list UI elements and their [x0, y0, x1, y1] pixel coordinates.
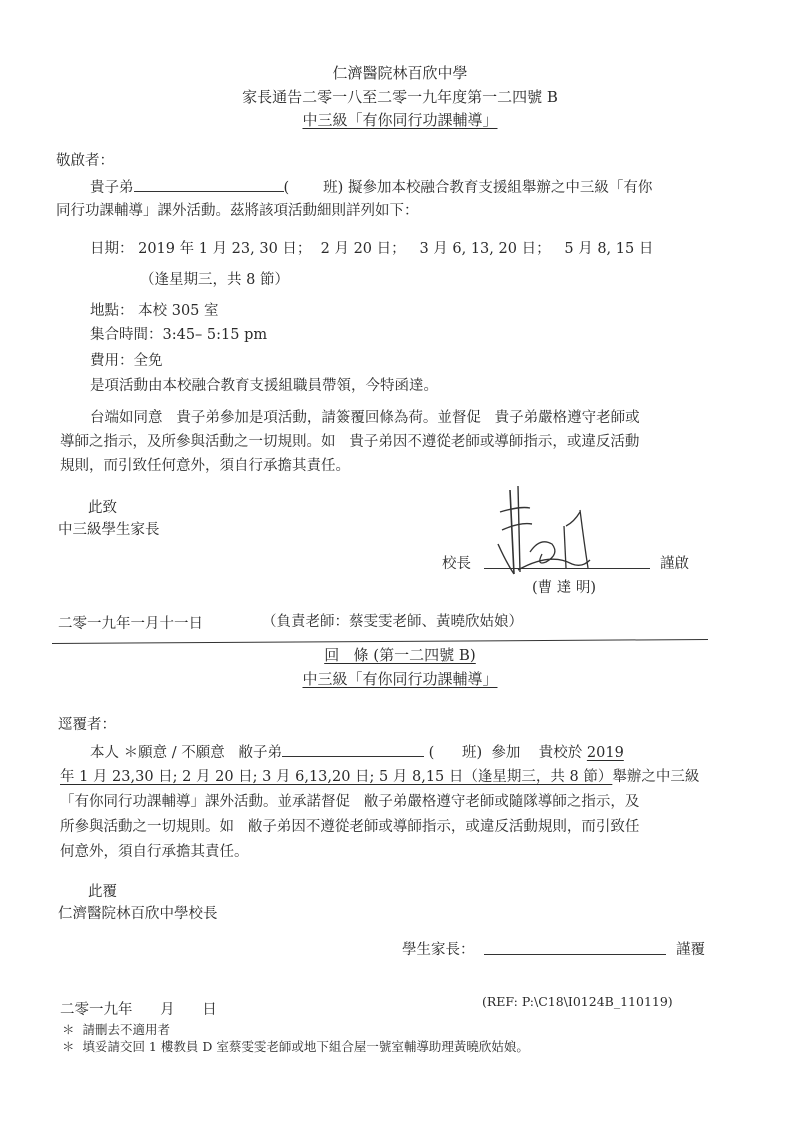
salutation: 敬啟者： — [56, 149, 114, 170]
reply-title-text: 回 條 (第一二四號 B) — [324, 646, 476, 664]
reply-title: 回 條 (第一二四號 B) — [0, 644, 800, 665]
reply-dates: 年 1 月 23,30 日; 2 月 20 日; 3 月 6,13,20 日; … — [60, 769, 612, 785]
responsible-teachers: （負責老師：蔡雯雯老師、黃曉欣姑娘） — [262, 610, 523, 631]
fee-row: 費用：全免 — [90, 349, 163, 370]
fee-label: 費用： — [90, 353, 134, 369]
reply-willing-option: 本人 ＊願意 / 不願意 敝子弟 — [90, 745, 282, 761]
reply-line-1: 本人 ＊願意 / 不願意 敝子弟 ( 班) 參加 貴校於 2019 — [90, 741, 624, 762]
reply-programme: 中三級「有你同行功課輔導」 — [0, 668, 800, 689]
closing-1: 此致 — [88, 496, 117, 517]
notice-date: 二零一九年一月十一日 — [58, 612, 203, 633]
notice-number: 家長通告二零一八至二零一九年度第一二四號 B — [0, 86, 800, 107]
time-label: 集合時間： — [90, 327, 163, 343]
reference-code: (REF: P:\C18\I0124B_110119) — [482, 994, 673, 1009]
programme-title: 中三級「有你同行功課輔導」 — [0, 109, 800, 130]
reply-salutation: 逕覆者： — [58, 713, 116, 734]
student-name-blank — [134, 177, 284, 192]
time-value: 3:45– 5:15 pm — [163, 327, 268, 343]
principal-label: 校長 — [442, 552, 471, 573]
led-by-text: 是項活動由本校融合教育支援組職員帶領，今特函達。 — [90, 374, 438, 395]
parent-signature-suffix: 謹覆 — [676, 938, 705, 959]
note-return-instructions: ＊ 填妥請交回 1 樓教員 D 室蔡雯雯老師或地下組合屋一號室輔導助理黃曉欣姑娘… — [62, 1037, 529, 1055]
reply-line-4: 所參與活動之一切規則。如 敝子弟因不遵從老師或導師指示，或違反活動規則，而引致任 — [60, 815, 639, 836]
consent-line-2: 導師之指示，及所參與活動之一切規則。如 貴子弟因不遵從老師或導師指示，或違反活動 — [60, 430, 639, 451]
parent-signature-label: 學生家長： — [402, 938, 475, 959]
intro-line-2: 同行功課輔導」課外活動。茲將該項活動細則詳列如下： — [56, 199, 419, 220]
principal-suffix: 謹啟 — [660, 552, 689, 573]
time-row: 集合時間：3:45– 5:15 pm — [90, 323, 267, 344]
reply-date: 二零一九年 月 日 — [60, 998, 217, 1019]
principal-name: (曹 達 明) — [532, 576, 596, 597]
date-label: 日期： — [90, 241, 134, 257]
date-row: 日期： 2019 年 1 月 23, 30 日； 2 月 20 日； 3 月 6… — [90, 237, 653, 258]
school-name: 仁濟醫院林百欣中學 — [0, 62, 800, 83]
intro-student-label: 貴子弟 — [90, 180, 134, 196]
parent-signature-line[interactable] — [484, 954, 666, 955]
reply-line-3: 「有你同行功課輔導」課外活動。並承諾督促 敝子弟嚴格遵守老師或隨隊導師之指示，及 — [60, 790, 639, 811]
reply-line-5: 何意外，須自行承擔其責任。 — [60, 840, 249, 861]
reply-class-text: ( 班) 參加 貴校於 — [429, 745, 583, 761]
fee-value: 全免 — [134, 353, 163, 369]
reply-year: 2019 — [587, 745, 624, 761]
reply-line-2: 年 1 月 23,30 日; 2 月 20 日; 3 月 6,13,20 日; … — [60, 765, 699, 786]
closing-2: 中三級學生家長 — [58, 518, 160, 539]
reply-line-2-tail: 舉辦之中三級 — [612, 769, 699, 785]
reply-student-name-blank[interactable] — [282, 742, 424, 757]
consent-line-3: 規則，而引致任何意外，須自行承擔其責任。 — [60, 454, 350, 475]
consent-line-1: 台端如同意 貴子弟參加是項活動，請簽覆回條為荷。並督促 貴子弟嚴格遵守老師或 — [90, 406, 640, 427]
venue-row: 地點： 本校 305 室 — [90, 299, 219, 320]
intro-line-1: 貴子弟(班) 擬參加本校融合教育支援組舉辦之中三級「有你 — [90, 176, 652, 197]
intro-class-open: ( — [284, 180, 290, 196]
principal-signature-line — [484, 568, 650, 569]
reply-closing-2: 仁濟醫院林百欣中學校長 — [58, 902, 218, 923]
date-note: （逢星期三，共 8 節） — [140, 268, 289, 289]
reply-closing-1: 此覆 — [88, 880, 117, 901]
venue-label: 地點： — [90, 303, 134, 319]
date-value: 2019 年 1 月 23, 30 日； 2 月 20 日； 3 月 6, 13… — [138, 241, 653, 257]
principal-signature — [480, 482, 640, 582]
venue-value: 本校 305 室 — [138, 303, 218, 319]
note-delete-inapplicable: ＊ 請刪去不適用者 — [62, 1020, 170, 1038]
intro-text: 班) 擬參加本校融合教育支援組舉辦之中三級「有你 — [323, 180, 652, 196]
